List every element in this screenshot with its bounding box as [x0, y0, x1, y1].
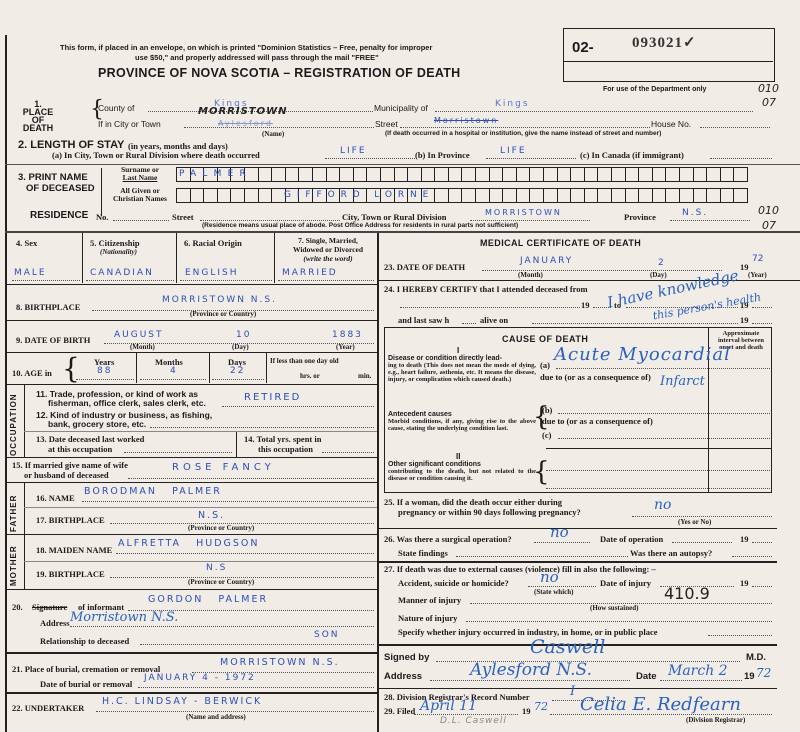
column-divider: [377, 233, 379, 732]
racial-origin-value: ENGLISH: [185, 268, 239, 278]
autopsy-label: Was there an autopsy?: [630, 548, 712, 558]
signed-by-label: Signed by: [384, 652, 429, 663]
dob-month-caption: (Month): [130, 343, 155, 351]
other-conditions-field-1[interactable]: [546, 470, 770, 471]
q15-field[interactable]: [128, 478, 374, 479]
other-conditions-text: contributing to the death, but not relat…: [388, 468, 536, 482]
burial-date-label: Date of burial or removal: [40, 679, 132, 689]
q20-number: 20.: [12, 602, 23, 612]
direct-cause-text: ing to death (This does not mean the mod…: [388, 362, 536, 384]
cell-divider-4: [82, 233, 83, 283]
registrar-signature: Celia E. Redfearn: [580, 694, 741, 715]
alive-year-field[interactable]: [752, 323, 772, 324]
cause-code: 410.9: [664, 584, 710, 603]
specify-field[interactable]: [708, 635, 772, 636]
stay-province-value: LIFE: [500, 146, 527, 156]
dept-only-label: For use of the Department only: [603, 86, 706, 93]
burial-place-value: MORRISTOWN N.S.: [220, 657, 340, 668]
filed-value: April 11: [420, 698, 477, 714]
q14-field[interactable]: [322, 452, 374, 453]
cause-a-due-to: due to (or as a consequence of): [540, 372, 651, 382]
stamp-name: D.L. Caswell: [440, 716, 507, 726]
filed-year: 72: [534, 700, 548, 713]
q15-label-2: or husband of deceased: [24, 470, 109, 480]
sex-field[interactable]: [12, 280, 80, 281]
surname-label: Surname or Last Name: [106, 166, 174, 182]
other-conditions-field-2[interactable]: [546, 488, 770, 489]
accident-label: Accident, suicide or homicide?: [398, 578, 509, 588]
months-value: 4: [170, 366, 178, 376]
dob-year: 1883: [332, 330, 363, 340]
divider-mother-bottom: [5, 589, 377, 590]
divider-burial: [5, 692, 377, 694]
registration-number-box: 02- 093021✓: [563, 28, 775, 82]
q11-label-2: fisherman, office clerk, sales clerk, et…: [48, 398, 206, 408]
age-div-2: [209, 353, 210, 383]
marital-field[interactable]: [278, 280, 374, 281]
injury-year-field[interactable]: [752, 586, 772, 587]
alive-19c: 19: [740, 315, 749, 325]
father-name-value: BORODMAN PALMER: [84, 486, 222, 497]
relationship-value: SON: [314, 630, 340, 640]
municipality-value: Kings: [495, 99, 530, 109]
residence-city-label: City, Town or Rural Division: [342, 212, 446, 222]
years-field[interactable]: [76, 379, 134, 380]
physician-address-label: Address: [384, 671, 422, 682]
filed-label: 29. Filed: [384, 706, 415, 716]
deceased-label-1: 3. PRINT NAME: [18, 172, 95, 183]
street-label: Street: [375, 119, 398, 129]
undertaker-label: 22. UNDERTAKER: [12, 703, 84, 713]
cause-c-field[interactable]: [558, 438, 770, 439]
dob-label: 9. DATE OF BIRTH: [16, 335, 90, 345]
father-side-label: FATHER: [9, 488, 18, 532]
age-label: 10. AGE in: [12, 368, 52, 378]
record-number-value: I: [570, 684, 575, 699]
physician-address-value: Aylesford N.S.: [470, 660, 592, 680]
county-label: County of: [98, 103, 134, 113]
dob-day-caption: (Day): [232, 343, 249, 351]
q26-field[interactable]: [534, 542, 590, 543]
occupation-side-divider: [24, 385, 25, 457]
cause-b-label: (b): [542, 405, 552, 415]
divider-2: [5, 231, 800, 233]
residence-city-field[interactable]: [470, 220, 590, 221]
dob-day: 10: [236, 330, 251, 340]
stay-city-label: (a) In City, Town or Rural Division wher…: [52, 150, 260, 160]
part-2-label: II: [456, 452, 460, 461]
residence-province-label: Province: [624, 212, 656, 222]
operation-19: 19: [740, 534, 749, 544]
specify-label: Specify whether injury occurred in indus…: [398, 627, 658, 637]
informant-address-value: Morristown N.S.: [70, 610, 178, 625]
city-struck-value: Aylesford: [218, 119, 273, 128]
residence-street-field[interactable]: [200, 220, 340, 221]
deceased-label-2: OF DECEASED: [18, 183, 95, 194]
dept-code-2a: 010: [758, 204, 779, 217]
q26-label: 26. Was there a surgical operation?: [384, 534, 512, 544]
dob-month: AUGUST: [114, 330, 164, 340]
residence-province-value: N.S.: [682, 208, 708, 218]
accident-field[interactable]: [528, 586, 596, 587]
reg-prefix: 02-: [572, 39, 594, 56]
mother-birthplace-value: N.S: [206, 563, 227, 573]
burial-place-label: 21. Place of burial, cremation or remova…: [12, 664, 160, 674]
divider-spouse: [5, 482, 377, 483]
findings-field[interactable]: [456, 556, 628, 557]
attended-19a: 19: [581, 300, 590, 310]
sign-year: 72: [756, 666, 771, 680]
state-which-caption: (State which): [534, 588, 573, 596]
birthplace-caption: (Province or Country): [190, 310, 256, 318]
undertaker-field[interactable]: [96, 711, 374, 712]
divider-occupation: [5, 457, 377, 458]
city-label: If in City or Town: [98, 119, 161, 129]
dob-year-caption: (Year): [336, 343, 355, 351]
surname-value: PALMER: [179, 169, 252, 179]
birthplace-label: 8. BIRTHPLACE: [16, 302, 80, 312]
death-day: 2: [658, 258, 666, 268]
death-year-caption: (Year): [748, 271, 767, 279]
father-birthplace-caption: (Province or Country): [188, 524, 254, 532]
direct-cause-title: Disease or condition directly lead-: [388, 355, 502, 362]
stay-canada-label: (c) In Canada (if immigrant): [580, 150, 684, 160]
filed-19: 19: [522, 706, 531, 716]
stay-province-field[interactable]: [486, 158, 576, 159]
manner-label: Manner of injury: [398, 595, 461, 605]
residence-note: (Residence means usual place of abode. P…: [202, 222, 518, 229]
age-div-3: [266, 353, 267, 383]
signed-by-value: Caswell: [530, 636, 605, 658]
last-saw-label: and last saw h: [398, 315, 449, 325]
q14-label-2: this occupation: [258, 444, 313, 454]
city-value: MORRISTOWN: [198, 106, 288, 117]
racial-origin-label: 6. Racial Origin: [184, 238, 242, 248]
undertaker-value: H.C. LINDSAY - BERWICK: [102, 696, 262, 707]
part-1-label: I: [457, 346, 459, 355]
cell-divider-5: [176, 233, 177, 283]
father-birthplace-label: 17. BIRTHPLACE: [36, 515, 105, 525]
birthplace-value: MORRISTOWN N.S.: [162, 295, 277, 305]
marital-label-2: Widowed or Divorced: [280, 245, 376, 254]
divider-father: [24, 507, 377, 508]
autopsy-field[interactable]: [732, 556, 772, 557]
attended-year-b-field[interactable]: [752, 307, 772, 308]
cause-b-field[interactable]: [558, 413, 770, 414]
mother-side-label: MOTHER: [9, 540, 18, 586]
operation-year-field[interactable]: [752, 542, 772, 543]
q15-value: ROSE FANCY: [172, 462, 275, 473]
mother-side-divider: [24, 535, 25, 590]
months-field[interactable]: [140, 379, 206, 380]
alive-on-label: alive on: [480, 315, 508, 325]
days-value: 22: [230, 366, 245, 376]
dept-code-1a: 010: [758, 82, 779, 95]
q27-label: 27. If death was due to external causes …: [384, 564, 656, 574]
city-field[interactable]: [184, 127, 374, 128]
findings-label: State findings: [398, 548, 448, 558]
filed-field[interactable]: [414, 714, 518, 715]
alive-on-field[interactable]: [532, 323, 738, 324]
reg-number: 093021✓: [632, 33, 697, 52]
age-div-1: [136, 353, 137, 383]
death-month: JANUARY: [520, 256, 573, 266]
relationship-label: Relationship to deceased: [40, 636, 129, 646]
marital-label-1: 7. Single, Married,: [280, 236, 376, 245]
residence-no-label: No.: [96, 212, 109, 222]
citizenship-value: CANADIAN: [90, 268, 154, 278]
residence-province-field[interactable]: [670, 220, 750, 221]
name-caption: (Name): [262, 130, 284, 138]
death-date-label: 23. DATE OF DEATH: [384, 262, 465, 272]
undertaker-caption: (Name and address): [186, 713, 246, 721]
q13-label-2: at this occupation: [48, 444, 112, 454]
operation-date-label: Date of operation: [600, 534, 663, 544]
sign-date-label: Date: [636, 671, 657, 682]
nature-label: Nature of injury: [398, 613, 457, 623]
q25-field[interactable]: [632, 516, 772, 517]
informant-address-field[interactable]: [70, 626, 374, 627]
mother-maiden-value: ALFRETTA HUDGSON: [118, 538, 260, 549]
cell-divider-6: [274, 233, 275, 283]
last-saw-pronoun-field[interactable]: [462, 323, 476, 324]
father-name-label: 16. NAME: [36, 493, 75, 503]
q13-label-1: 13. Date deceased last worked: [36, 434, 144, 444]
cause-heading: CAUSE OF DEATH: [502, 334, 588, 344]
house-no-field[interactable]: [700, 127, 770, 128]
residence-no-field[interactable]: [113, 220, 169, 221]
divider-informant: [5, 652, 377, 654]
q25-value: no: [654, 497, 671, 513]
stay-city-value: LIFE: [340, 146, 367, 156]
injury-date-label: Date of injury: [600, 578, 651, 588]
q25-label-2: pregnancy or within 90 days following pr…: [398, 507, 581, 517]
place-label-1: 1. PLACE: [18, 100, 58, 116]
divider-row9: [5, 352, 377, 353]
q12-field[interactable]: [150, 427, 374, 428]
citizenship-label: 5. Citizenship: [90, 238, 140, 248]
medical-certificate-heading: MEDICAL CERTIFICATE OF DEATH: [480, 238, 641, 248]
how-sustained-caption: (How sustained): [590, 604, 638, 612]
q12-label-2: bank, grocery store, etc.: [48, 419, 146, 429]
nature-field[interactable]: [466, 621, 772, 622]
residence-label: RESIDENCE: [30, 210, 88, 221]
informant-value: GORDON PALMER: [148, 594, 268, 605]
q25-caption: (Yes or No): [678, 518, 711, 526]
divider-father-bottom: [5, 534, 377, 535]
divider-row8: [5, 320, 377, 321]
q13-q14-divider: [236, 432, 237, 457]
attended-from-field[interactable]: [400, 307, 580, 308]
reg-box-divider: [564, 61, 773, 62]
relationship-field[interactable]: [140, 644, 374, 645]
occupation-side-label: OCCUPATION: [9, 392, 18, 456]
antecedent-title: Antecedent causes: [388, 411, 452, 418]
other-conditions-title: Other significant conditions: [388, 461, 481, 468]
q14-label-1: 14. Total yrs. spent in: [244, 434, 321, 444]
registrar-caption: (Division Registrar): [686, 716, 745, 724]
cause-c-label: (c): [542, 430, 551, 440]
informant-address-label: Address: [40, 618, 70, 628]
q25-label-1: 25. If a woman, did the death occur eith…: [384, 497, 562, 507]
street-field[interactable]: [400, 127, 650, 128]
father-name-field[interactable]: [82, 501, 374, 502]
cause-a-field[interactable]: [556, 368, 770, 369]
certify-label: 24. I HEREBY CERTIFY that I attended dec…: [384, 284, 588, 294]
hrs-label: hrs. or: [300, 372, 320, 380]
q26-value: no: [550, 523, 569, 541]
md-label: M.D.: [746, 652, 766, 663]
divider-signed: [377, 688, 777, 689]
q11-field[interactable]: [222, 406, 374, 407]
antecedent-text: Morbid conditions, if any, giving rise t…: [388, 418, 536, 432]
other-brace-icon: {: [533, 459, 550, 485]
burial-date-field[interactable]: [138, 687, 374, 688]
years-value: 88: [97, 366, 112, 376]
given-names-label: All Given or Christian Names: [104, 187, 176, 203]
physician-address-field[interactable]: [430, 680, 630, 681]
q11-value: RETIRED: [244, 392, 301, 403]
marital-value: MARRIED: [282, 268, 338, 278]
marital-label-3: (write the word): [280, 254, 376, 263]
racial-origin-field[interactable]: [180, 280, 272, 281]
municipality-field[interactable]: [435, 111, 753, 112]
divider-row10: [5, 384, 377, 385]
burial-date-value: JANUARY 4 - 1972: [144, 673, 256, 683]
father-birthplace-value: N.S.: [198, 510, 225, 521]
form-title: PROVINCE OF NOVA SCOTIA – REGISTRATION O…: [98, 66, 461, 80]
stay-province-label: (b) In Province: [415, 150, 470, 160]
mother-birthplace-caption: (Province or Country): [188, 578, 254, 586]
marital-label: 7. Single, Married, Widowed or Divorced …: [280, 236, 376, 263]
injury-19: 19: [740, 578, 749, 588]
cause-a-value-2: Infarct: [660, 374, 705, 389]
death-registration-form: This form, if placed in an envelope, on …: [0, 0, 800, 732]
surname-label-2: Last Name: [106, 174, 174, 182]
citizenship-sub: (Nationality): [100, 248, 137, 256]
hospital-note: (If death occurred in a hospital or inst…: [385, 130, 661, 137]
father-side-divider: [24, 483, 25, 535]
sex-label: 4. Sex: [16, 238, 37, 248]
cause-a-value: Acute Myocardial: [554, 344, 731, 365]
sign-date-value: March 2: [668, 663, 728, 679]
divider-row4: [5, 284, 377, 285]
sign-date-field[interactable]: [660, 680, 742, 681]
deceased-name-label: 3. PRINT NAME OF DECEASED: [18, 172, 95, 194]
death-year: 72: [752, 254, 763, 264]
mother-maiden-label: 18. MAIDEN NAME: [36, 545, 112, 555]
place-label-3: DEATH: [18, 124, 58, 132]
months-label: Months: [155, 357, 183, 367]
given-label-2: Christian Names: [104, 195, 176, 203]
residence-street-label: Street: [172, 212, 194, 222]
death-month-caption: (Month): [518, 271, 543, 279]
operation-date-field[interactable]: [672, 542, 732, 543]
surname-boxes[interactable]: [176, 167, 748, 182]
stay-canada-field[interactable]: [710, 158, 772, 159]
name-label-divider: [101, 168, 102, 216]
dept-code-1b: 07: [762, 96, 776, 109]
municipality-label: Municipality of: [374, 103, 428, 113]
residence-city-value: MORRISTOWN: [485, 208, 562, 217]
less-than-day-label: If less than one day old: [270, 357, 339, 365]
mother-birthplace-label: 19. BIRTHPLACE: [36, 569, 105, 579]
death-day-caption: (Day): [650, 271, 667, 279]
given-names-boxes[interactable]: [176, 188, 748, 203]
divider-mother: [24, 561, 377, 562]
mail-notice-line1: This form, if placed in an envelope, on …: [60, 43, 432, 52]
accident-value: no: [540, 568, 559, 586]
house-no-label: House No.: [651, 119, 691, 129]
sign-year-prefix: 19: [744, 671, 755, 682]
mother-maiden-field[interactable]: [116, 553, 374, 554]
divider-row12: [24, 431, 377, 432]
min-label: min.: [358, 372, 371, 380]
street-value: Morristown: [434, 116, 498, 125]
cause-a-label: (a): [540, 360, 550, 370]
stay-city-field[interactable]: [325, 158, 415, 159]
days-field[interactable]: [212, 379, 264, 380]
divider-part1: [546, 448, 772, 449]
divider-25: [377, 528, 777, 529]
divider-26: [377, 561, 777, 563]
given-names-value: GIFFORD LORNE: [284, 190, 434, 200]
q20-struck-signature: Signature: [32, 602, 67, 612]
place-of-death-label: 1. PLACE OF DEATH: [18, 100, 58, 132]
cause-b-due-to: due to (or as a consequence of): [542, 416, 653, 426]
sex-value: MALE: [14, 268, 47, 278]
q13-field[interactable]: [124, 452, 232, 453]
q15-label-1: 15. If married give name of wife: [12, 460, 128, 470]
citizenship-field[interactable]: [86, 280, 174, 281]
mail-notice-line2: use $50," and properly addressed will pa…: [135, 53, 379, 62]
